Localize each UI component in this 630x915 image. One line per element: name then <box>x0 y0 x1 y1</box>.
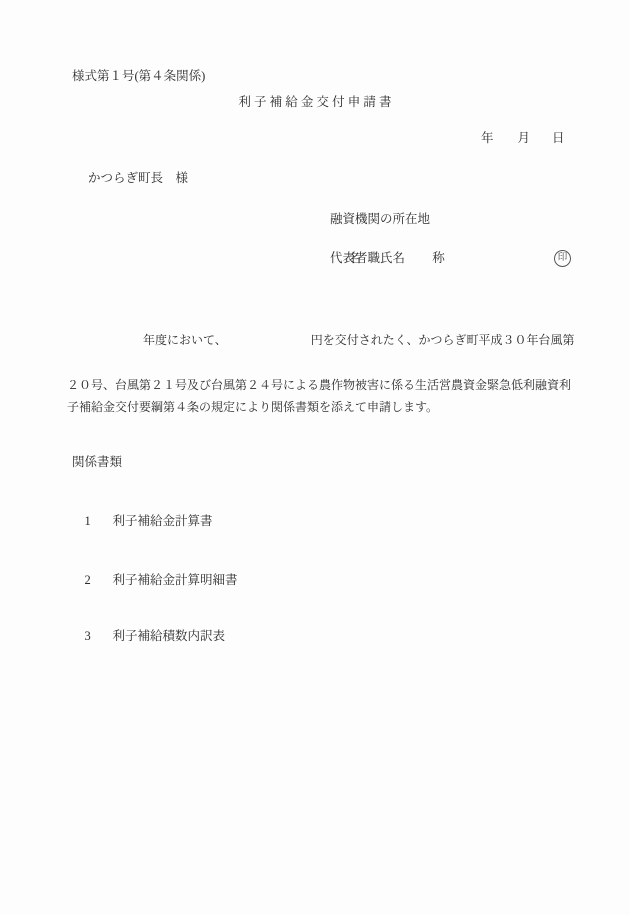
addressee: かつらぎ町長 様 <box>88 168 188 186</box>
list-item: 3利子補給積数内訳表 <box>72 611 225 659</box>
date-line: 年月日 <box>481 128 565 146</box>
application-form-page: 様式第１号(第４条関係) 利 子 補 給 金 交 付 申 請 書 年月日 かつら… <box>0 0 630 915</box>
year-label: 年 <box>481 131 494 145</box>
body-line1-label: 年度において、 <box>143 333 227 347</box>
applicant-block: 融資機関の所在地 名称 代表者職氏名 <box>330 210 445 269</box>
body-line-3: 子補給金交付要綱第４条の規定により関係書類を添えて申請します。 <box>67 396 579 419</box>
item-label: 利子補給金計算書 <box>113 514 213 528</box>
attachments-heading: 関係書類 <box>72 452 122 470</box>
item-label: 利子補給金計算明細書 <box>113 573 238 587</box>
month-label: 月 <box>518 131 531 145</box>
seal-icon: 印 <box>554 250 571 267</box>
body-line-2: ２０号、台風第２１号及び台風第２４号による農作物被害に係る生活営農資金緊急低利融… <box>67 374 579 397</box>
page-title: 利 子 補 給 金 交 付 申 請 書 <box>0 92 630 110</box>
item-label: 利子補給積数内訳表 <box>113 629 226 643</box>
lender-name-label-right: 称 <box>432 251 445 265</box>
item-number: 2 <box>85 573 113 588</box>
body-line1-rest: 円を交付されたく、かつらぎ町平成３０年台風第 <box>311 333 575 347</box>
list-item: 2利子補給金計算明細書 <box>72 555 238 603</box>
lender-name-row: 名称 <box>330 230 445 250</box>
body-line-1: 年度において、円を交付されたく、かつらぎ町平成３０年台風第 <box>67 306 579 374</box>
form-number: 様式第１号(第４条関係) <box>72 66 205 84</box>
day-label: 日 <box>552 131 565 145</box>
list-item: 1利子補給金計算書 <box>72 496 213 544</box>
item-number: 3 <box>85 629 113 644</box>
application-body-paragraph: 年度において、円を交付されたく、かつらぎ町平成３０年台風第 ２０号、台風第２１号… <box>67 306 579 419</box>
item-number: 1 <box>85 514 113 529</box>
lender-address-label: 融資機関の所在地 <box>330 210 445 230</box>
